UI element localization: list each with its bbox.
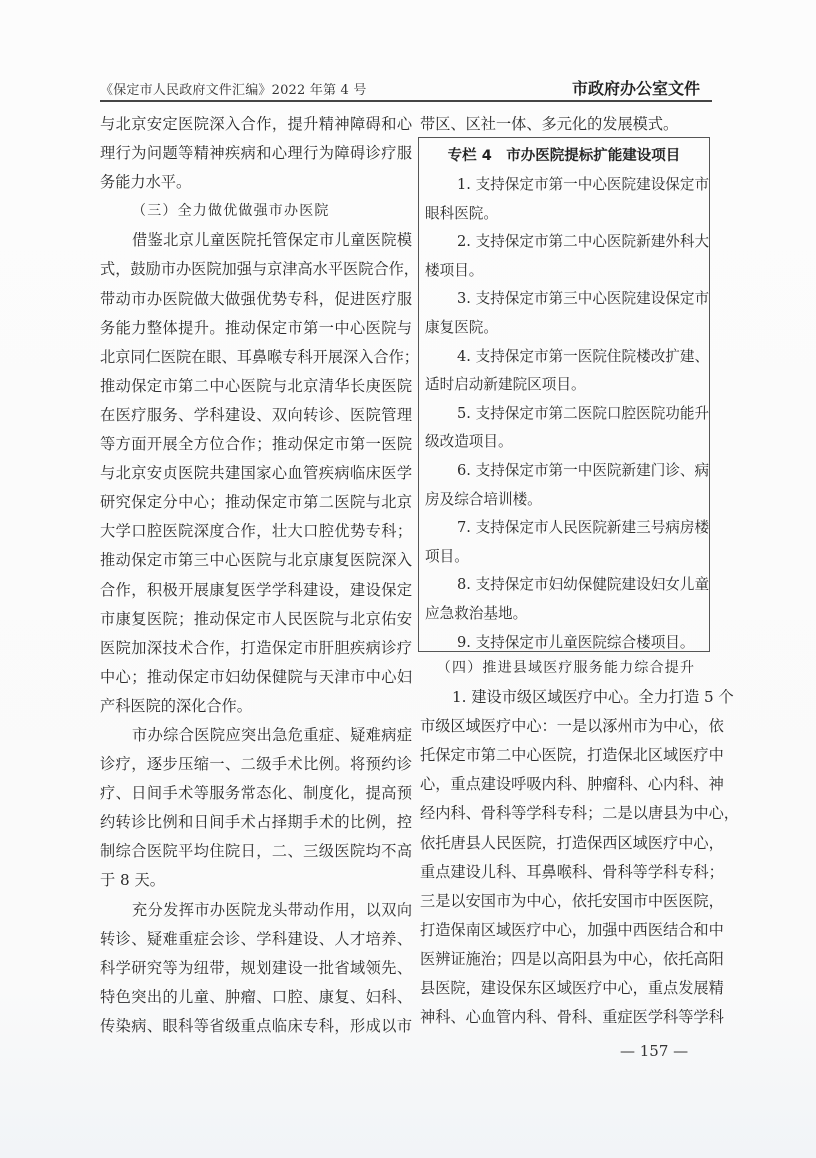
- text-line: 市办综合医院应突出急危重症、疑难病症: [100, 721, 412, 750]
- text-line: 制综合医院平均住院日，二、三级医院均不高: [100, 837, 412, 866]
- text-line: 医院加深技术合作，打造保定市肝胆疾病诊疗: [100, 634, 412, 663]
- box-item-line: 7. 支持保定市人民医院新建三号病房楼: [425, 514, 703, 543]
- text-line: 式，鼓励市办医院加强与京津高水平医院合作，: [100, 255, 412, 284]
- text-line: 经内科、骨科等学科专科；二是以唐县为中心，: [420, 799, 712, 828]
- text-line: 等方面开展全方位合作；推动保定市第一医院: [100, 430, 412, 459]
- box-item-line: 3. 支持保定市第三中心医院建设保定市: [425, 285, 703, 314]
- text-line: 三是以安国市为中心，依托安国市中医医院，: [420, 887, 712, 916]
- text-line: 1. 建设市级区域医疗中心。全力打造 5 个: [420, 683, 712, 712]
- text-line: 推动保定市第二中心医院与北京清华长庚医院: [100, 372, 412, 401]
- text-line: 市级区域医疗中心：一是以涿州市为中心，依: [420, 712, 712, 741]
- publication-title: 《保定市人民政府文件汇编》2022 年第 4 号: [100, 79, 367, 98]
- text-line: 转诊、疑难重症会诊、学科建设、人才培养、: [100, 925, 412, 954]
- right-column: 带区、区社一体、多元化的发展模式。: [420, 110, 712, 139]
- text-line: 产科医院的深化合作。: [100, 692, 412, 721]
- left-column: 与北京安定医院深入合作，提升精神障碍和心 理行为问题等精神疾病和心理行为障碍诊疗…: [100, 110, 412, 1041]
- box-item-line: 楼项目。: [425, 257, 703, 286]
- text-line: 医辨证施治；四是以高阳县为中心，依托高阳: [420, 945, 712, 974]
- page-number: — 157 —: [620, 1042, 688, 1060]
- text-line: 充分发挥市办医院龙头带动作用，以双向: [100, 896, 412, 925]
- text-line: 打造保南区域医疗中心，加强中西医结合和中: [420, 916, 712, 945]
- section-title: 市政府办公室文件: [572, 76, 700, 99]
- text-line: 市康复医院；推动保定市人民医院与北京佑安: [100, 605, 412, 634]
- text-line: 依托唐县人民医院，打造保西区域医疗中心，: [420, 829, 712, 858]
- box-item-line: 康复医院。: [425, 314, 703, 343]
- text-line: 疗、日间手术等服务常态化、制度化，提高预: [100, 779, 412, 808]
- text-line: 研究保定分中心；推动保定市第二医院与北京: [100, 488, 412, 517]
- text-line: 于 8 天。: [100, 866, 412, 895]
- box-item-line: 9. 支持保定市儿童医院综合楼项目。: [425, 629, 703, 658]
- text-line: 合作，积极开展康复医学学科建设，建设保定: [100, 576, 412, 605]
- box-item-line: 1. 支持保定市第一中心医院建设保定市: [425, 171, 703, 200]
- text-line: 重点建设儿科、耳鼻喉科、骨科等学科专科；: [420, 858, 712, 887]
- text-line: 特色突出的儿童、肿瘤、口腔、康复、妇科、: [100, 983, 412, 1012]
- box-title: 专栏 4 市办医院提标扩能建设项目: [425, 142, 703, 171]
- box-item-line: 2. 支持保定市第二中心医院新建外科大: [425, 228, 703, 257]
- text-line: 托保定市第二中心医院，打造保北区域医疗中: [420, 741, 712, 770]
- box-item-line: 5. 支持保定市第二医院口腔医院功能升: [425, 400, 703, 429]
- text-line: 传染病、眼科等省级重点临床专科，形成以市: [100, 1012, 412, 1041]
- header-divider: [100, 100, 712, 102]
- text-line: 借鉴北京儿童医院托管保定市儿童医院模: [100, 226, 412, 255]
- box-item-line: 适时启动新建院区项目。: [425, 371, 703, 400]
- text-line: 心，重点建设呼吸内科、肿瘤科、心内科、神: [420, 770, 712, 799]
- text-line: 诊疗，逐步压缩一、二级手术比例。将预约诊: [100, 750, 412, 779]
- text-line: 务能力水平。: [100, 168, 412, 197]
- section-heading: （三）全力做优做强市办医院: [100, 197, 412, 226]
- section-heading: （四）推进县域医疗服务能力综合提升: [420, 654, 712, 683]
- text-line: 理行为问题等精神疾病和心理行为障碍诊疗服: [100, 139, 412, 168]
- text-line: 科学研究等为纽带，规划建设一批省域领先、: [100, 954, 412, 983]
- box-item-line: 应急救治基地。: [425, 600, 703, 629]
- box-item-line: 8. 支持保定市妇幼保健院建设妇女儿童: [425, 571, 703, 600]
- box-item-line: 项目。: [425, 543, 703, 572]
- text-line: 神科、心血管内科、骨科、重症医学科等学科: [420, 1003, 712, 1032]
- text-line: 与北京安定医院深入合作，提升精神障碍和心: [100, 110, 412, 139]
- box-item-line: 眼科医院。: [425, 200, 703, 229]
- running-header: 《保定市人民政府文件汇编》2022 年第 4 号 市政府办公室文件: [100, 76, 700, 98]
- text-line: 中心；推动保定市妇幼保健院与天津市中心妇: [100, 663, 412, 692]
- text-line: 带动市办医院做大做强优势专科，促进医疗服: [100, 285, 412, 314]
- text-line: 北京同仁医院在眼、耳鼻喉专科开展深入合作；: [100, 343, 412, 372]
- document-page: 《保定市人民政府文件汇编》2022 年第 4 号 市政府办公室文件 与北京安定医…: [0, 0, 816, 1158]
- box-item-line: 级改造项目。: [425, 428, 703, 457]
- text-line: 务能力整体提升。推动保定市第一中心医院与: [100, 314, 412, 343]
- box-item-line: 4. 支持保定市第一医院住院楼改扩建、: [425, 343, 703, 372]
- text-line: 约转诊比例和日间手术占择期手术的比例，控: [100, 808, 412, 837]
- text-line: 县医院，建设保东区域医疗中心，重点发展精: [420, 974, 712, 1003]
- text-line: 在医疗服务、学科建设、双向转诊、医院管理: [100, 401, 412, 430]
- box-item-line: 房及综合培训楼。: [425, 486, 703, 515]
- sidebar-box-projects: 专栏 4 市办医院提标扩能建设项目 1. 支持保定市第一中心医院建设保定市 眼科…: [418, 137, 710, 652]
- box-item-line: 6. 支持保定市第一中医院新建门诊、病: [425, 457, 703, 486]
- right-column-continued: （四）推进县域医疗服务能力综合提升 1. 建设市级区域医疗中心。全力打造 5 个…: [420, 654, 712, 1032]
- text-line: 与北京安贞医院共建国家心血管疾病临床医学: [100, 459, 412, 488]
- text-line: 大学口腔医院深度合作，壮大口腔优势专科；: [100, 517, 412, 546]
- text-line: 推动保定市第三中心医院与北京康复医院深入: [100, 546, 412, 575]
- text-line: 带区、区社一体、多元化的发展模式。: [420, 110, 712, 139]
